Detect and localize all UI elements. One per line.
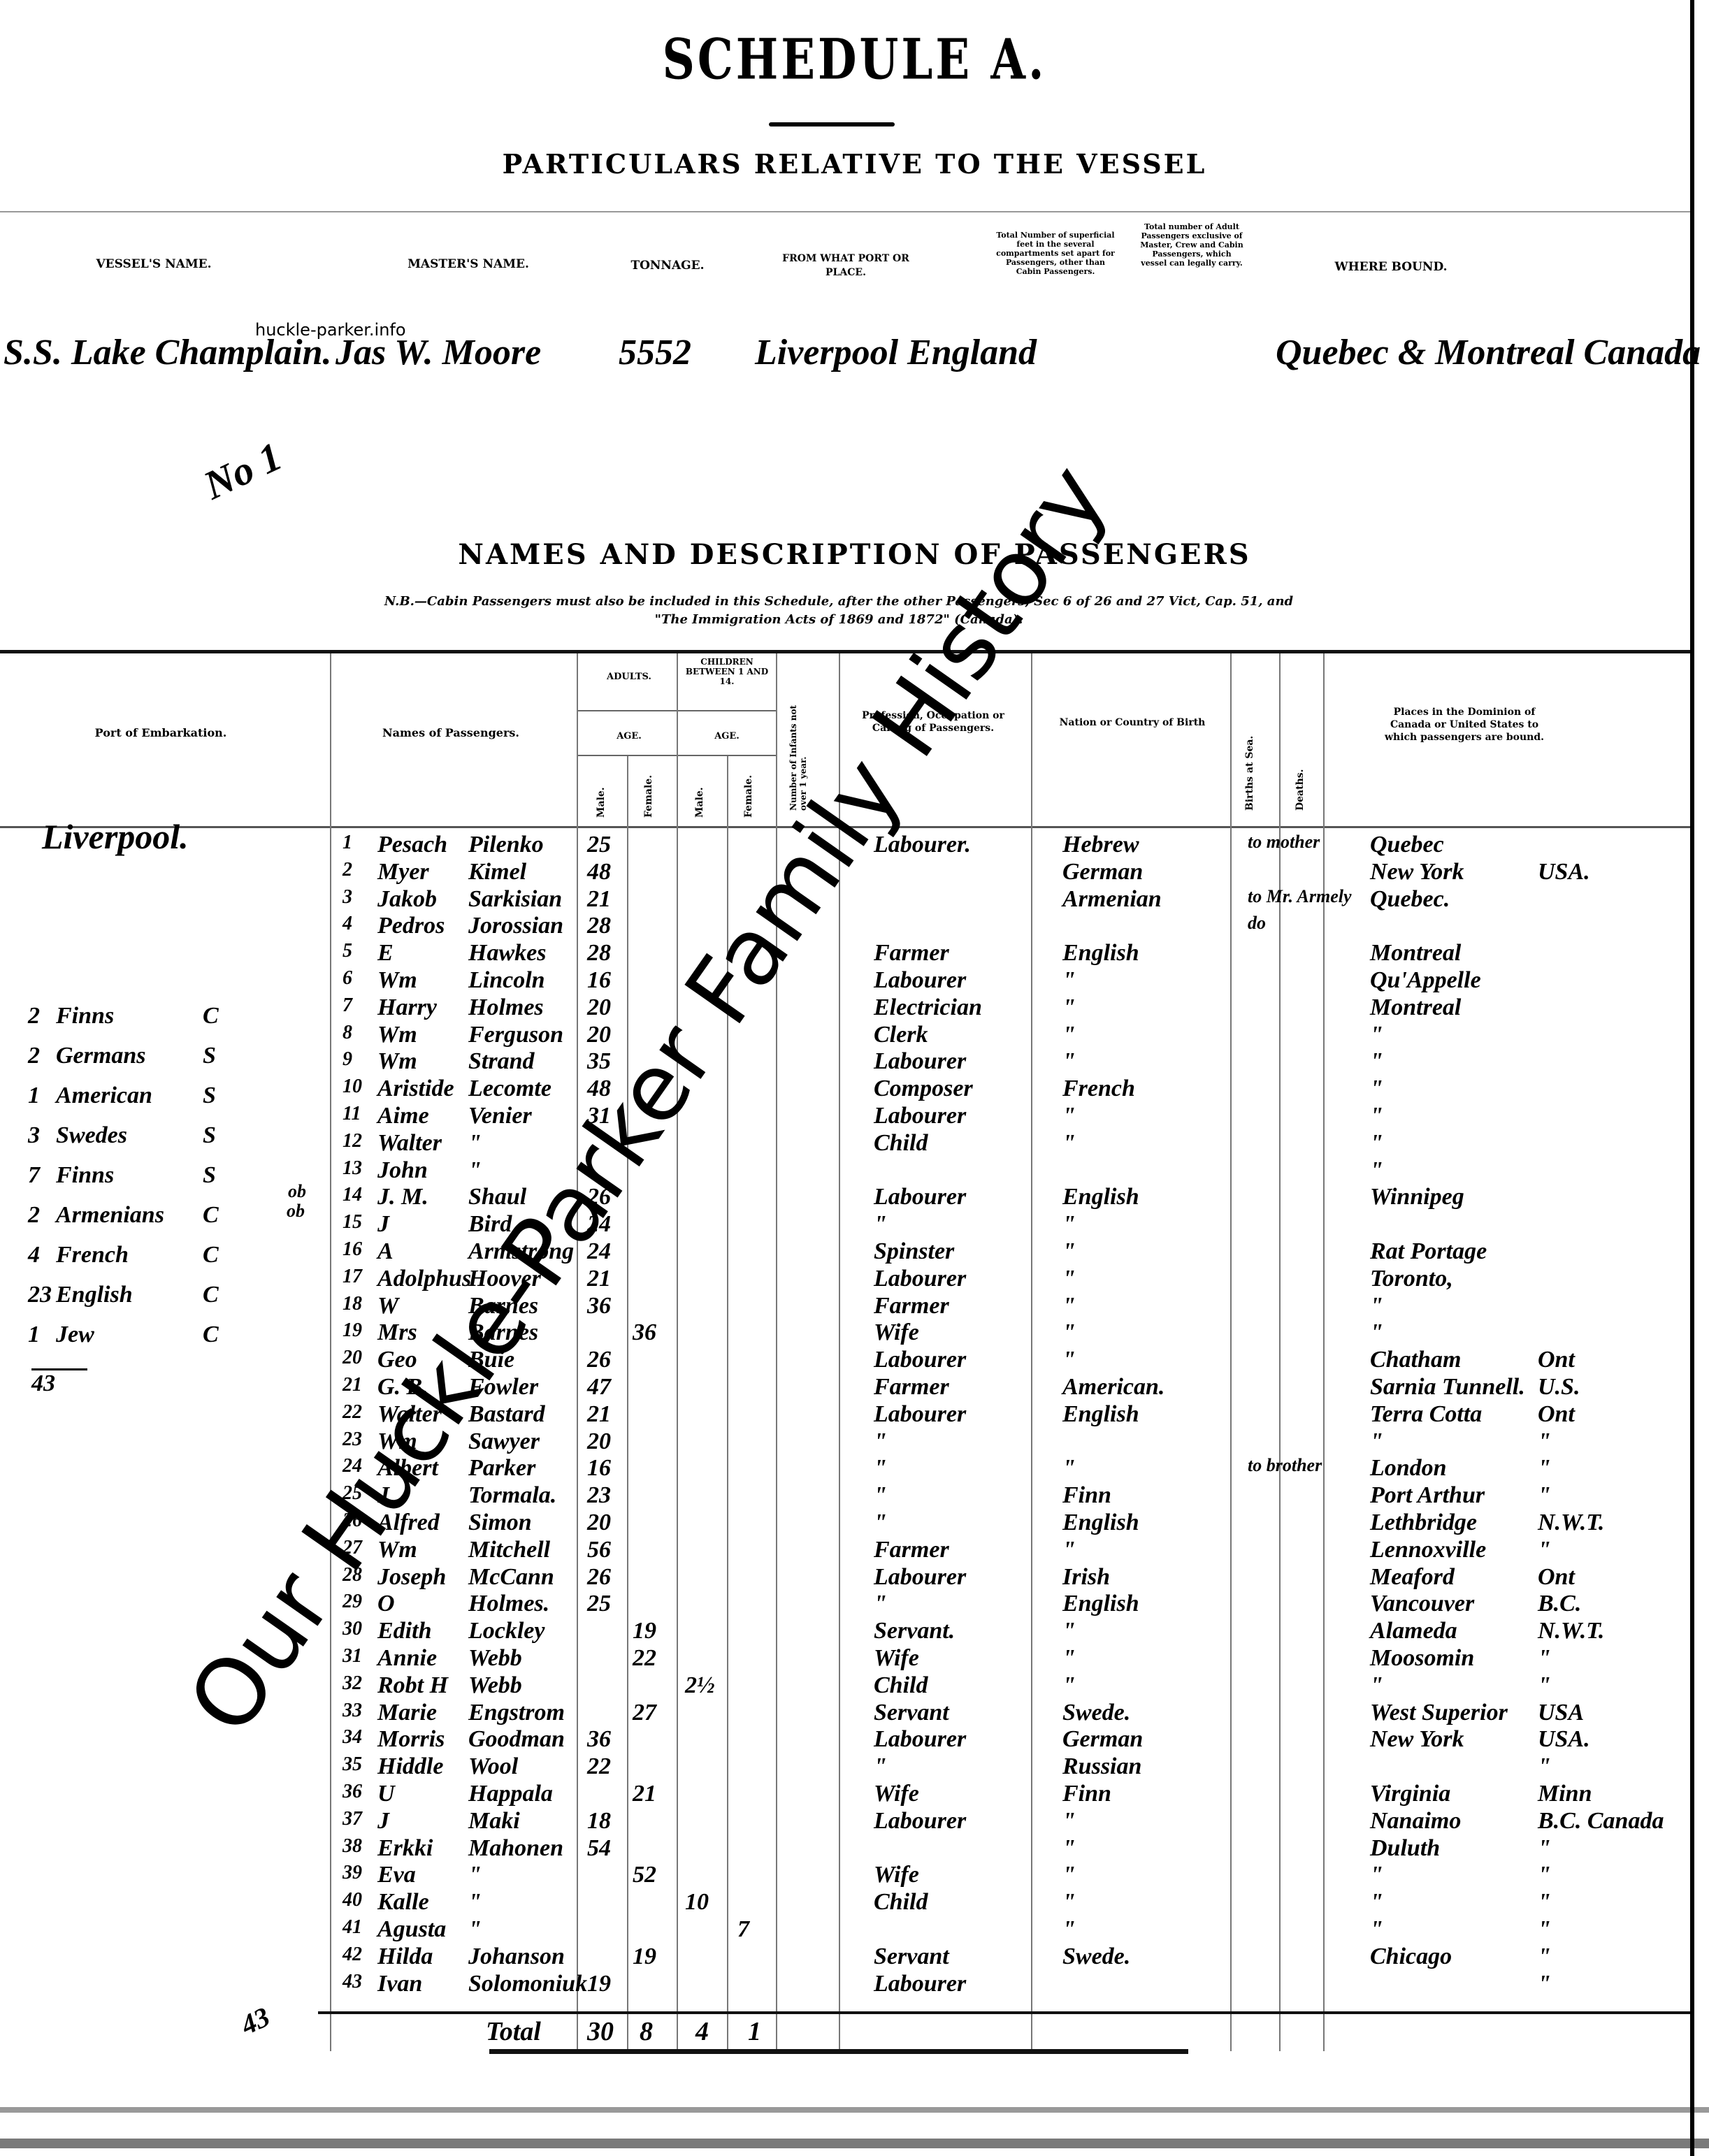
nation: " [1062,1293,1076,1319]
last-name: Sarkisian [468,886,562,913]
destination-region: " [1538,1862,1551,1888]
tonnage-value: 5552 [619,332,691,373]
row-number: 6 [342,967,352,990]
occupation: Child [874,1672,928,1699]
nation: " [1062,1238,1076,1265]
first-name: Eva [377,1862,416,1888]
row-number: 25 [342,1482,362,1505]
adult-male-age: 28 [587,940,611,967]
adult-male-age: 21 [587,1401,611,1428]
nation: German [1062,1726,1143,1753]
adult-male-age: 48 [587,859,611,885]
occupation: Electrician [874,994,982,1021]
last-name: Ferguson [468,1022,563,1048]
destination-region: " [1538,1428,1551,1455]
occupation: Composer [874,1076,973,1102]
adult-male-age: 19 [587,1971,611,1997]
occupation: Farmer [874,1374,949,1401]
occupation: Labourer [874,1726,966,1753]
first-name: J [377,1211,389,1238]
nation: " [1062,1347,1076,1373]
destination: Port Arthur [1370,1482,1485,1509]
passenger-row: 21G. B.Fowler47FarmerAmerican.Sarnia Tun… [0,1374,1709,1400]
cabin-note-line2: "The Immigration Acts of 1869 and 1872" … [349,611,1328,629]
last-name: Happala [468,1781,553,1807]
destination-region: N.W.T. [1538,1618,1604,1644]
page-right-edge [1690,0,1694,2156]
adult-capacity-header: Total number of Adult Passengers exclusi… [1139,222,1244,268]
destination-region: USA. [1538,859,1590,885]
last-name: Hawkes [468,940,546,967]
schedule-title: SCHEDULE A. [0,27,1709,93]
last-name: Fowler [468,1374,538,1401]
occupation: Labourer [874,1808,966,1835]
first-name: Edith [377,1618,431,1644]
passenger-row: 11AimeVenier31Labourer"" [0,1103,1709,1129]
passenger-row: 30EdithLockley19Servant."AlamedaN.W.T. [0,1618,1709,1644]
row-number: 4 [342,913,352,935]
passenger-row: 2MyerKimel48GermanNew YorkUSA. [0,859,1709,885]
last-name: Barnes [468,1319,538,1346]
infants-header: Number of Infants not over 1 year. [788,685,816,811]
profession-header: Profession, Occupation or Calling of Pas… [860,709,1007,735]
passenger-row: 36UHappala21WifeFinnVirginiaMinn [0,1781,1709,1807]
adult-male-age: 23 [587,1482,611,1509]
passenger-row: 3JakobSarkisian21Armenianto Mr. ArmelyQu… [0,886,1709,912]
row-number: 29 [342,1591,362,1613]
passenger-row: 1PesachPilenko25Labourer.Hebrewto mother… [0,832,1709,858]
last-name: Bastard [468,1401,545,1428]
row-number: 7 [342,994,352,1017]
row-number: 8 [342,1022,352,1044]
child-male-age: 2½ [685,1672,715,1699]
nation: Finn [1062,1781,1111,1807]
row-number: 31 [342,1645,362,1667]
nation: " [1062,1862,1076,1888]
row-number: 24 [342,1455,362,1477]
destination: Quebec [1370,832,1444,858]
destination-region: " [1538,1944,1551,1970]
cabin-note-line1: N.B.—Cabin Passengers must also be inclu… [349,593,1328,611]
occupation: " [874,1428,887,1455]
destination: " [1370,1672,1383,1699]
destination-region: " [1538,1835,1551,1862]
last-name: Sawyer [468,1428,540,1455]
destination: " [1370,1319,1383,1346]
superficial-feet-header: Total Number of superficial feet in the … [996,231,1115,276]
adult-male-age: 54 [587,1835,611,1862]
master-name-header: MASTER'S NAME. [381,257,556,271]
row-number: 33 [342,1700,362,1722]
last-name: Barnes [468,1293,538,1319]
destination-region: B.C. Canada [1538,1808,1664,1835]
destination: Montreal [1370,940,1461,967]
occupation: Farmer [874,1293,949,1319]
passenger-row: 18WBarnes36Farmer"" [0,1293,1709,1319]
adult-male-age: 18 [587,1808,611,1835]
nation: English [1062,1401,1139,1428]
passenger-row: 28JosephMcCann26LabourerIrishMeafordOnt [0,1564,1709,1590]
adult-male-header: Male. [596,769,607,818]
nation: German [1062,859,1143,885]
occupation: Labourer [874,1971,966,1997]
first-name: Jakob [377,886,437,913]
first-name: J [377,1808,389,1835]
row-number: 41 [342,1916,362,1939]
master-name-value: Jas W. Moore [336,332,541,373]
first-name: Walter [377,1130,442,1157]
destination-region: " [1538,1889,1551,1916]
adult-male-age: 56 [587,1537,611,1563]
first-name: Alfred [377,1510,440,1536]
first-name: G. B. [377,1374,428,1401]
adult-male-age: 28 [587,913,611,939]
nation: English [1062,940,1139,967]
adult-male-age: 26 [587,1347,611,1373]
adult-female-age: 22 [633,1645,656,1672]
adult-male-age: 22 [587,1753,611,1780]
nation: " [1062,1537,1076,1563]
where-bound-header: WHERE BOUND. [1314,260,1468,274]
occupation: " [874,1753,887,1780]
first-name: Erkki [377,1835,433,1862]
last-name: Maki [468,1808,520,1835]
adult-male-age: 36 [587,1726,611,1753]
nation: Finn [1062,1482,1111,1509]
occupation: Child [874,1889,928,1916]
last-name: " [468,1862,482,1888]
first-name: Marie [377,1700,437,1726]
occupation: " [874,1211,887,1238]
last-name: Webb [468,1645,522,1672]
destination: Rat Portage [1370,1238,1487,1265]
adult-male-age: 25 [587,832,611,858]
remark: to Mr. Armely [1248,886,1352,907]
row-number: 2 [342,859,352,881]
passenger-row: 23WmSawyer20""" [0,1428,1709,1454]
destination: Nanaimo [1370,1808,1461,1835]
adult-male-age: 31 [587,1103,611,1129]
last-name: Mahonen [468,1835,563,1862]
first-name: Ivan [377,1971,422,1997]
occupation: Labourer [874,967,966,994]
adult-male-age: 20 [587,994,611,1021]
adult-male-age: 20 [587,1428,611,1455]
destination: " [1370,1130,1383,1157]
child-male-age: 10 [685,1889,709,1916]
nation: " [1062,1645,1076,1672]
last-name: Holmes. [468,1591,549,1617]
passenger-row: 17AdolphusHoover21Labourer"Toronto, [0,1266,1709,1292]
last-name: Lecomte [468,1076,551,1102]
remark: do [1248,913,1266,934]
last-name: Parker [468,1455,535,1482]
total-adult-male: 30 [587,2016,614,2047]
last-name: Jorossian [468,913,563,939]
destination: Chicago [1370,1944,1452,1970]
nation: Irish [1062,1564,1110,1591]
occupation: " [874,1510,887,1536]
destination-region: USA [1538,1700,1584,1726]
occupation: Labourer. [874,832,971,858]
first-name: Robt H [377,1672,448,1699]
row-number: 15 [342,1211,362,1233]
occupation: Farmer [874,940,949,967]
last-name: Webb [468,1672,522,1699]
row-number: 38 [342,1835,362,1858]
row-number: 39 [342,1862,362,1884]
adult-female-age: 19 [633,1944,656,1970]
destination: Vancouver [1370,1591,1474,1617]
last-name: Solomoniuk [468,1971,587,1997]
destination: Alameda [1370,1618,1457,1644]
first-name: Wm [377,967,417,994]
first-name: Wm [377,1048,417,1075]
passengers-section-title: NAMES AND DESCRIPTION OF PASSENGERS [0,538,1709,571]
nation: English [1062,1510,1139,1536]
passenger-row: 12Walter"Child"" [0,1130,1709,1156]
occupation: Wife [874,1319,919,1346]
where-bound-value: Quebec & Montreal Canada [1276,332,1701,373]
adult-male-age: 25 [587,1591,611,1617]
destination-region: " [1538,1916,1551,1943]
nation: Russian [1062,1753,1141,1780]
passenger-row: 39Eva"52Wife""" [0,1862,1709,1888]
destination: " [1370,1862,1383,1888]
last-name: Johanson [468,1944,565,1970]
adult-age-header: AGE. [584,730,675,743]
destination-region: " [1538,1672,1551,1699]
passenger-row: 40Kalle"10Child""" [0,1889,1709,1915]
destination-region: " [1538,1645,1551,1672]
destination: " [1370,1048,1383,1075]
port-header: Port of Embarkation. [70,727,252,739]
occupation: Spinster [874,1238,954,1265]
total-adult-female: 8 [640,2016,653,2047]
first-name: Harry [377,994,437,1021]
from-port-header: FROM WHAT PORT OR PLACE. [779,252,912,280]
nation: Armenian [1062,886,1162,913]
vessel-name-value: S.S. Lake Champlain. [3,332,332,373]
row-number: 16 [342,1238,362,1261]
adult-male-age: 20 [587,1022,611,1048]
destination: New York [1370,1726,1464,1753]
first-name: Wm [377,1537,417,1563]
nation: " [1062,1266,1076,1292]
row-number: 18 [342,1293,362,1315]
adult-male-age: 24 [587,1211,611,1238]
nation: Swede. [1062,1944,1130,1970]
last-name: Simon [468,1510,532,1536]
destination-header: Places in the Dominion of Canada or Unit… [1384,706,1545,744]
nation: " [1062,1916,1076,1943]
adult-male-age: 21 [587,886,611,913]
adult-female-age: 36 [633,1319,656,1346]
ornament-divider [769,122,895,126]
destination: Chatham [1370,1347,1461,1373]
adult-male-age: 20 [587,1510,611,1536]
destination: " [1370,1293,1383,1319]
first-name: W [377,1293,398,1319]
table-header-rule [0,826,1692,828]
occupation: Wife [874,1781,919,1807]
totals-bottom-rule [489,2049,1188,2054]
passenger-row: 22WalterBastard21LabourerEnglishTerra Co… [0,1401,1709,1427]
destination: Qu'Appelle [1370,967,1481,994]
first-name: Agusta [377,1916,446,1943]
adult-female-age: 21 [633,1781,656,1807]
row-number: 13 [342,1157,362,1180]
row-number: 36 [342,1781,362,1803]
last-name: Hoover [468,1266,541,1292]
last-name: Buie [468,1347,514,1373]
row-number: 20 [342,1347,362,1369]
first-name: A [377,1238,394,1265]
last-name: Tormala. [468,1482,556,1509]
first-name: Myer [377,859,429,885]
destination: Toronto, [1370,1266,1453,1292]
occupation: Servant [874,1700,949,1726]
passenger-row: 24AlbertParker16""to brotherLondon" [0,1455,1709,1481]
nation: American. [1062,1374,1164,1401]
row-number: 42 [342,1944,362,1966]
first-name: Wm [377,1428,417,1455]
child-age-header: AGE. [682,730,772,743]
occupation: Wife [874,1645,919,1672]
destination-region: " [1538,1482,1551,1509]
destination-region: " [1538,1455,1551,1482]
row-number: 30 [342,1618,362,1640]
passenger-row: 32Robt HWebb2½Child""" [0,1672,1709,1698]
destination-region: USA. [1538,1726,1590,1753]
nation: " [1062,1672,1076,1699]
child-female-header: Female. [743,765,754,818]
nation: " [1062,994,1076,1021]
nation: English [1062,1184,1139,1210]
occupation: " [874,1482,887,1509]
first-name: U [377,1781,395,1807]
nation: " [1062,1022,1076,1048]
occupation: Labourer [874,1564,966,1591]
row-number: 43 [342,1971,362,1993]
row-number: 9 [342,1048,352,1071]
births-header: Births at Sea. [1244,727,1255,811]
passenger-row: 13John"" [0,1157,1709,1183]
first-name: Walter [377,1401,442,1428]
total-label: Total [486,2016,541,2047]
row-number: 17 [342,1266,362,1288]
passenger-row: 10AristideLecomte48ComposerFrench" [0,1076,1709,1101]
row-number: 35 [342,1753,362,1776]
last-name: Goodman [468,1726,565,1753]
last-name: Mitchell [468,1537,550,1563]
destination-region: U.S. [1538,1374,1580,1401]
passenger-row: 9WmStrand35Labourer"" [0,1048,1709,1074]
passenger-row: 6WmLincoln16Labourer"Qu'Appelle [0,967,1709,993]
last-name: Holmes [468,994,544,1021]
adult-male-age: 47 [587,1374,611,1401]
nation: " [1062,1319,1076,1346]
nation: Hebrew [1062,832,1139,858]
totals-top-rule [318,2011,1692,2014]
first-name: J [377,1482,389,1509]
destination: Lethbridge [1370,1510,1477,1536]
last-name: Pilenko [468,832,544,858]
margin-annotation: No 1 [196,433,289,509]
passenger-row: 14J. M.Shaul26LabourerEnglishWinnipeg [0,1184,1709,1210]
last-name: Lockley [468,1618,545,1644]
passenger-row: 5EHawkes28FarmerEnglishMontreal [0,940,1709,966]
destination-region: Ont [1538,1564,1575,1591]
adult-female-age: 27 [633,1700,656,1726]
adult-male-age: 26 [587,1184,611,1210]
adult-female-header: Female. [643,765,654,818]
row-number: 23 [342,1428,362,1451]
first-name: Pedros [377,913,445,939]
first-name: Wm [377,1022,417,1048]
row-number: 14 [342,1184,362,1206]
destination: Virginia [1370,1781,1450,1807]
adult-female-age: 52 [633,1862,656,1888]
remark: to mother [1248,832,1320,853]
occupation: Child [874,1130,928,1157]
destination-region: Minn [1538,1781,1592,1807]
first-name: Geo [377,1347,417,1373]
first-name: Morris [377,1726,445,1753]
deaths-header: Deaths. [1295,762,1306,811]
occupation: Servant [874,1944,949,1970]
passenger-row: 42HildaJohanson19ServantSwede.Chicago" [0,1944,1709,1969]
adult-male-age: 16 [587,1455,611,1482]
nation: " [1062,1835,1076,1862]
destination-region: Ont [1538,1401,1575,1428]
first-name: John [377,1157,428,1184]
children-header: CHILDREN BETWEEN 1 AND 14. [682,657,772,686]
first-name: Hiddle [377,1753,443,1780]
destination: " [1370,1889,1383,1916]
destination: Moosomin [1370,1645,1474,1672]
nation: " [1062,1211,1076,1238]
occupation: Labourer [874,1266,966,1292]
destination: New York [1370,859,1464,885]
row-number: 34 [342,1726,362,1749]
destination-region: " [1538,1753,1551,1780]
first-name: Aristide [377,1076,454,1102]
nation: " [1062,1130,1076,1157]
occupation: Labourer [874,1401,966,1428]
adult-female-age: 19 [633,1618,656,1644]
row-number: 28 [342,1564,362,1586]
destination-region: Ont [1538,1347,1575,1373]
passenger-row: 26AlfredSimon20"EnglishLethbridgeN.W.T. [0,1510,1709,1535]
row-number: 21 [342,1374,362,1396]
last-name: Kimel [468,859,526,885]
passenger-row: 20GeoBuie26Labourer"ChathamOnt [0,1347,1709,1373]
adult-male-age: 48 [587,1076,611,1102]
first-name: Joseph [377,1564,446,1591]
adult-male-age: 36 [587,1293,611,1319]
remark: to brother [1248,1455,1322,1476]
nation: " [1062,967,1076,994]
page-edge-shadow [0,2139,1709,2148]
first-name: Aime [377,1103,429,1129]
occupation: Labourer [874,1048,966,1075]
table-top-rule [0,650,1692,653]
child-male-header: Male. [694,769,705,818]
last-name: " [468,1130,482,1157]
names-header: Names of Passengers. [370,727,531,739]
passenger-row: 33MarieEngstrom27ServantSwede.West Super… [0,1700,1709,1725]
